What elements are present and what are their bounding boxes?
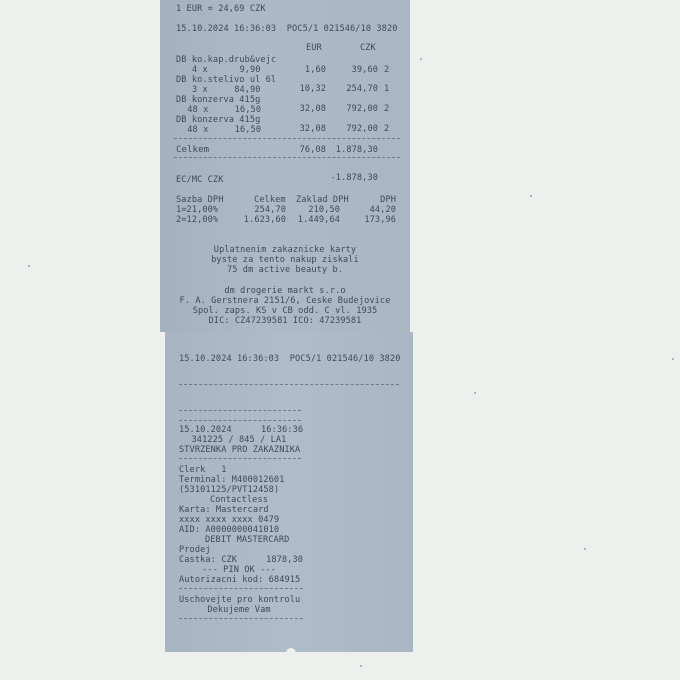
item-name: DB konzerva 415g xyxy=(176,115,260,125)
company-tax-ids: DIC: CZ47239581 ICO: 47239581 xyxy=(160,316,410,326)
item-qty: 48 x 16,50 xyxy=(182,105,261,115)
amount-value: 1878,30 xyxy=(255,555,303,565)
keep-note: Uschovejte pro kontrolu xyxy=(179,595,300,605)
payment-amount: -1.878,30 xyxy=(310,173,378,183)
paper-notch xyxy=(286,648,296,654)
vat-header-total: Celkem xyxy=(254,195,286,205)
company-registry: Spol. zaps. KS v CB odd. C vl. 1935 xyxy=(160,306,410,316)
slip-title: STVRZENKA PRO ZAKAZNIKA xyxy=(179,445,300,455)
loyalty-line: Uplatnenim zakaznicke karty xyxy=(160,245,410,255)
card-aid: AID: A0000000041010 xyxy=(179,525,279,535)
pin-status: --- PIN OK --- xyxy=(173,565,305,575)
company-address: F. A. Gerstnera 2151/6, Ceske Budejovice xyxy=(160,296,410,306)
item-eur: 32,08 xyxy=(290,104,326,114)
vat-amount: 173,96 xyxy=(356,215,396,225)
scan-speck xyxy=(530,195,532,197)
vat-rate: 2=12,00% xyxy=(176,215,218,225)
item-name: DB ko.stelivo ul 6l xyxy=(176,75,276,85)
vat-base: 1.449,64 xyxy=(294,215,340,225)
terminal: Terminal: M400012601 xyxy=(179,475,284,485)
vat-total: 1.623,60 xyxy=(240,215,286,225)
company-name: dm drogerie markt s.r.o xyxy=(160,286,410,296)
slip-reference: 341225 / 845 / LA1 xyxy=(173,435,305,445)
item-eur: 10,32 xyxy=(290,84,326,94)
vat-amount: 44,20 xyxy=(356,205,396,215)
item-vat: 2 xyxy=(384,124,389,134)
divider xyxy=(174,157,400,158)
exchange-rate: 1 EUR = 24,69 CZK xyxy=(176,4,266,14)
item-eur: 1,60 xyxy=(290,65,326,75)
card-label: DEBIT MASTERCARD xyxy=(205,535,289,545)
divider xyxy=(179,458,301,459)
auth-code: Autorizacni kod: 684915 xyxy=(179,575,300,585)
vat-base: 210,50 xyxy=(294,205,340,215)
item-vat: 1 xyxy=(384,84,389,94)
scan-speck xyxy=(28,265,30,267)
scan-speck xyxy=(474,392,476,394)
entry-mode: Contactless xyxy=(173,495,305,505)
transaction-type: Prodej xyxy=(179,545,211,555)
total-eur: 76,08 xyxy=(284,145,326,155)
item-name: DB konzerva 415g xyxy=(176,95,260,105)
receipt-header-line: 15.10.2024 16:36:03 POC5/1 021546/10 382… xyxy=(176,24,398,34)
divider xyxy=(179,420,301,421)
loyalty-line: 75 dm active beauty b. xyxy=(160,265,410,275)
item-qty: 3 x 84,90 xyxy=(192,85,261,95)
divider xyxy=(174,138,400,139)
vat-header-vat: DPH xyxy=(360,195,396,205)
clerk: Clerk 1 xyxy=(179,465,226,475)
item-czk: 792,00 xyxy=(332,104,378,114)
column-eur: EUR xyxy=(306,43,322,53)
scan-speck xyxy=(420,58,422,60)
item-czk: 39,60 xyxy=(332,65,378,75)
total-label: Celkem xyxy=(176,145,209,155)
item-name: DB ko.kap.drub&vejc xyxy=(176,55,276,65)
item-qty: 4 x 9,90 xyxy=(192,65,261,75)
thanks: Dekujeme Vam xyxy=(173,605,305,615)
divider xyxy=(179,384,399,385)
item-czk: 254,70 xyxy=(332,84,378,94)
terminal-ids: (53101125/PVT12458) xyxy=(179,485,279,495)
divider xyxy=(179,588,303,589)
slip-date: 15.10.2024 xyxy=(179,425,232,435)
receipt-paper-top: 1 EUR = 24,69 CZK 15.10.2024 16:36:03 PO… xyxy=(160,0,410,332)
loyalty-line: byste za tento nakup ziskali xyxy=(160,255,410,265)
vat-header-rate: Sazba DPH xyxy=(176,195,223,205)
vat-total: 254,70 xyxy=(240,205,286,215)
vat-rate: 1=21,00% xyxy=(176,205,218,215)
total-czk: 1.878,30 xyxy=(328,145,378,155)
item-vat: 2 xyxy=(384,104,389,114)
column-czk: CZK xyxy=(360,43,376,53)
scan-speck xyxy=(584,548,586,550)
item-czk: 792,00 xyxy=(332,124,378,134)
scan-speck xyxy=(360,665,362,667)
slip-time: 16:36:36 xyxy=(261,425,303,435)
card-type: Karta: Mastercard xyxy=(179,505,269,515)
divider xyxy=(179,618,303,619)
scan-speck xyxy=(672,358,674,360)
item-vat: 2 xyxy=(384,65,389,75)
amount-label: Castka: CZK xyxy=(179,555,237,565)
card-number: xxxx xxxx xxxx 0479 xyxy=(179,515,279,525)
item-eur: 32,08 xyxy=(290,124,326,134)
divider xyxy=(179,410,301,411)
footer-header-line: 15.10.2024 16:36:03 POC5/1 021546/10 382… xyxy=(179,354,401,364)
receipt-paper-bottom: 15.10.2024 16:36:03 POC5/1 021546/10 382… xyxy=(165,332,413,652)
payment-method: EC/MC CZK xyxy=(176,175,223,185)
vat-header-base: Zaklad DPH xyxy=(296,195,349,205)
item-qty: 48 x 16,50 xyxy=(182,125,261,135)
